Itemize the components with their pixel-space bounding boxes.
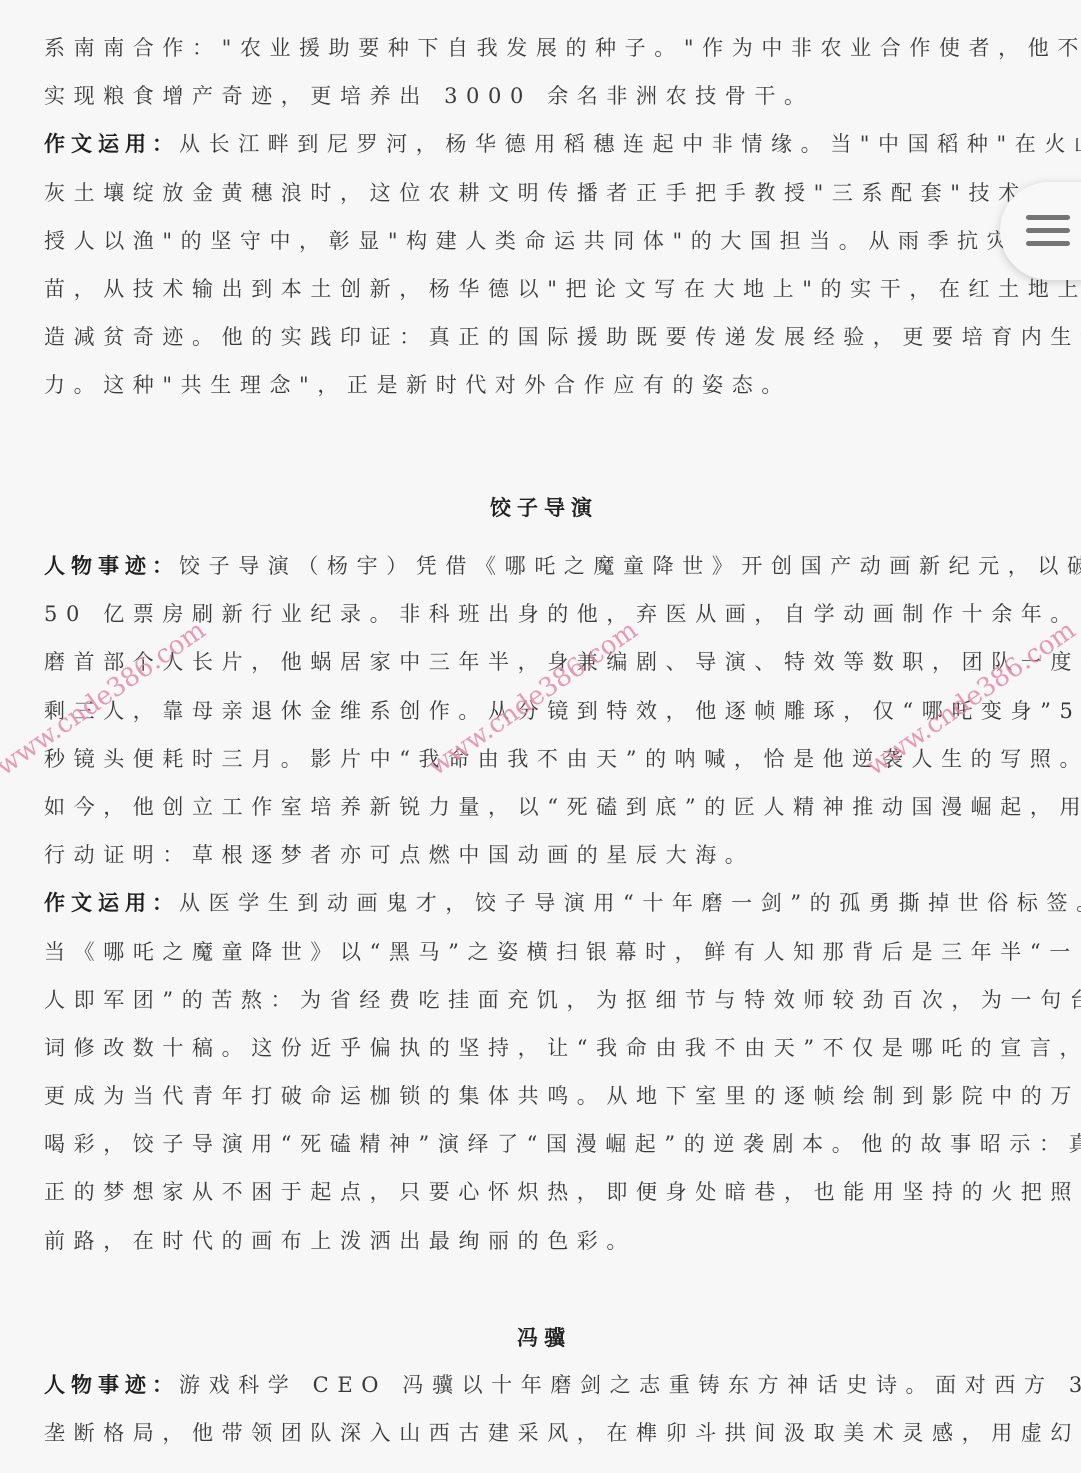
paragraph-line: 人即军团”的苦熬：为省经费吃挂面充饥，为抠细节与特效师较劲百次，为一句台 xyxy=(44,976,1044,1024)
paragraph-line: 喝彩，饺子导演用“死磕精神”演绎了“国漫崛起”的逆袭剧本。他的故事昭示：真 xyxy=(44,1120,1044,1168)
paragraph-line: 行动证明：草根逐梦者亦可点燃中国动画的星辰大海。 xyxy=(44,831,1044,879)
usage-label: 作文运用： xyxy=(44,131,179,156)
paragraph-line: 词修改数十稿。这份近乎偏执的坚持，让“我命由我不由天”不仅是哪吒的宣言， xyxy=(44,1024,1044,1072)
paragraph-line: 系南南合作："农业援助要种下自我发展的种子。"作为中非农业合作使者，他不仅 xyxy=(44,24,1044,72)
deeds-label: 人物事迹： xyxy=(44,553,179,578)
usage-label: 作文运用： xyxy=(44,890,179,915)
paragraph-line: 更成为当代青年打破命运枷锁的集体共鸣。从地下室里的逐帧绘制到影院中的万人 xyxy=(44,1072,1044,1120)
section-prev: 系南南合作："农业援助要种下自我发展的种子。"作为中非农业合作使者，他不仅 实现… xyxy=(44,24,1044,410)
paragraph-line: 灰土壤绽放金黄穗浪时，这位农耕文明传播者正手把手教授"三系配套"技术。在 xyxy=(44,169,1044,217)
section-fengji: 人物事迹：游戏科学 CEO 冯骥以十年磨剑之志重铸东方神话史诗。面对西方 3A … xyxy=(44,1361,1044,1457)
paragraph-line: 前路，在时代的画布上泼洒出最绚丽的色彩。 xyxy=(44,1217,1044,1265)
paragraph-line: 如今，他创立工作室培养新锐力量，以“死磕到底”的匠人精神推动国漫崛起，用 xyxy=(44,783,1044,831)
paragraph-line: 实现粮食增产奇迹，更培养出 3000 余名非洲农技骨干。 xyxy=(44,72,1044,120)
paragraph-line: 正的梦想家从不困于起点，只要心怀炽热，即便身处暗巷，也能用坚持的火把照亮 xyxy=(44,1168,1044,1216)
paragraph-line: 授人以渔"的坚守中，彰显"构建人类命运共同体"的大国担当。从雨季抗灾到旱季 xyxy=(44,217,1044,265)
paragraph-line: 人物事迹：饺子导演（杨宇）凭借《哪吒之魔童降世》开创国产动画新纪元，以破 xyxy=(44,542,1044,590)
paragraph-line: 力。这种"共生理念"，正是新时代对外合作应有的姿态。 xyxy=(44,361,1044,409)
paragraph-line: 人物事迹：游戏科学 CEO 冯骥以十年磨剑之志重铸东方神话史诗。面对西方 3A … xyxy=(44,1361,1044,1409)
paragraph-line: 作文运用：从长江畔到尼罗河，杨华德用稻穗连起中非情缘。当"中国稻种"在火山 xyxy=(44,120,1044,168)
paragraph-line: 造减贫奇迹。他的实践印证：真正的国际援助既要传递发展经验，更要培育内生动 xyxy=(44,313,1044,361)
section-title-jiaozi: 饺子导演 xyxy=(44,492,1044,522)
deeds-label: 人物事迹： xyxy=(44,1372,179,1397)
paragraph-line: 作文运用：从医学生到动画鬼才，饺子导演用“十年磨一剑”的孤勇撕掉世俗标签。 xyxy=(44,879,1044,927)
paragraph-line: 垄断格局，他带领团队深入山西古建采风，在榫卯斗拱间汲取美术灵感，用虚幻引 xyxy=(44,1409,1044,1457)
paragraph-line: 苗，从技术输出到本土创新，杨华德以"把论文写在大地上"的实干，在红土地上缔 xyxy=(44,265,1044,313)
paragraph-line: 当《哪吒之魔童降世》以“黑马”之姿横扫银幕时，鲜有人知那背后是三年半“一 xyxy=(44,928,1044,976)
section-title-fengji: 冯骥 xyxy=(44,1322,1044,1352)
